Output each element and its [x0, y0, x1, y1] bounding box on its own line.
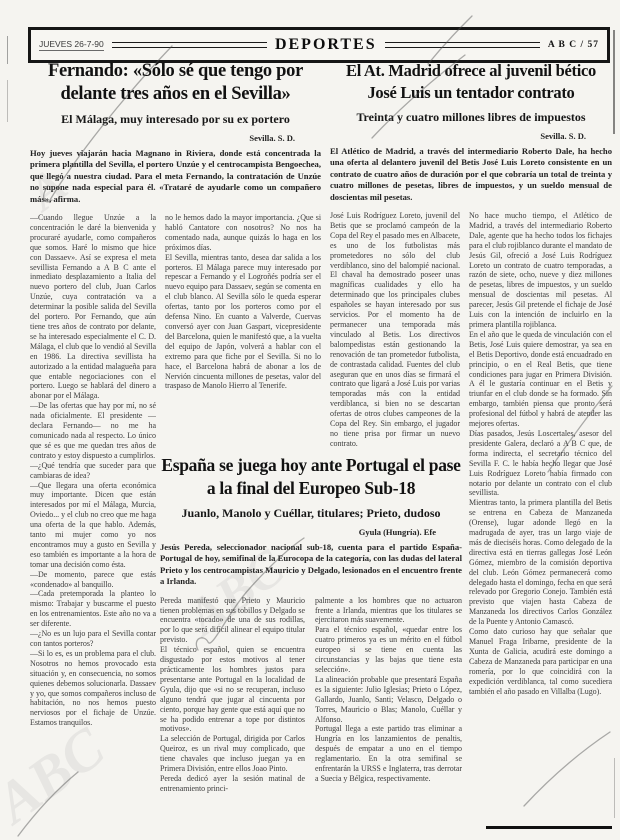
masthead-page-ref: A B C / 57 — [548, 40, 599, 50]
article-espana-headline: España se juega hoy ante Portugal el pas… — [160, 454, 462, 500]
article-atmadrid-column-1: José Luis Rodríguez Loreto, juvenil del … — [330, 211, 460, 451]
article-atmadrid-lead: El Atlético de Madrid, a través del inte… — [330, 146, 612, 203]
page-edge-line — [613, 30, 615, 134]
scan-edge-mark — [7, 36, 8, 64]
article-espana-sub18: España se juega hoy ante Portugal el pas… — [160, 454, 462, 830]
article-espana-subhead: Juanlo, Manolo y Cuéllar, titulares; Pri… — [160, 506, 462, 521]
article-atmadrid-byline: Sevilla. S. D. — [330, 131, 612, 141]
article-fernando-subhead: El Málaga, muy interesado por su ex port… — [30, 112, 321, 127]
masthead-date: JUEVES 26-7-90 — [39, 39, 104, 51]
masthead-rule-right — [385, 42, 540, 48]
article-espana-byline: Gyula (Hungría). Efe — [160, 527, 462, 537]
masthead: JUEVES 26-7-90 DEPORTES A B C / 57 — [28, 27, 610, 63]
masthead-section-title: DEPORTES — [275, 36, 377, 54]
article-espana-column-2: palmente a los hombres que no actuaron f… — [315, 596, 462, 830]
article-atmadrid-headline: El At. Madrid ofrece al juvenil bético J… — [330, 60, 612, 104]
article-espana-columns: Pereda manifestó que Prieto y Mauricio t… — [160, 596, 462, 830]
masthead-rule-left — [112, 42, 267, 48]
scan-edge-mark — [7, 80, 8, 122]
article-fernando-byline: Sevilla. S. D. — [30, 133, 321, 143]
section-divider-rule — [486, 826, 612, 829]
scan-edge-mark — [614, 758, 615, 818]
article-espana-column-1: Pereda manifestó que Prieto y Mauricio t… — [160, 596, 305, 830]
article-atmadrid-subhead: Treinta y cuatro millones libres de impu… — [330, 110, 612, 125]
article-fernando-column-1: —Cuando llegue Unzúe a la concentración … — [30, 213, 156, 797]
article-atmadrid-column-2: No hace mucho tiempo, el Atlético de Mad… — [469, 211, 612, 797]
article-fernando-lead: Hoy jueves viajarán hacia Magnano in Riv… — [30, 148, 321, 205]
newspaper-page: JUEVES 26-7-90 DEPORTES A B C / 57 Ferna… — [0, 0, 620, 840]
article-fernando-headline: Fernando: «Sólo sé que tengo por delante… — [30, 60, 321, 106]
article-espana-lead: Jesús Pereda, seleccionador nacional sub… — [160, 542, 462, 588]
article-fernando-column-2: no le hemos dado la mayor importancia. ¿… — [165, 213, 321, 447]
